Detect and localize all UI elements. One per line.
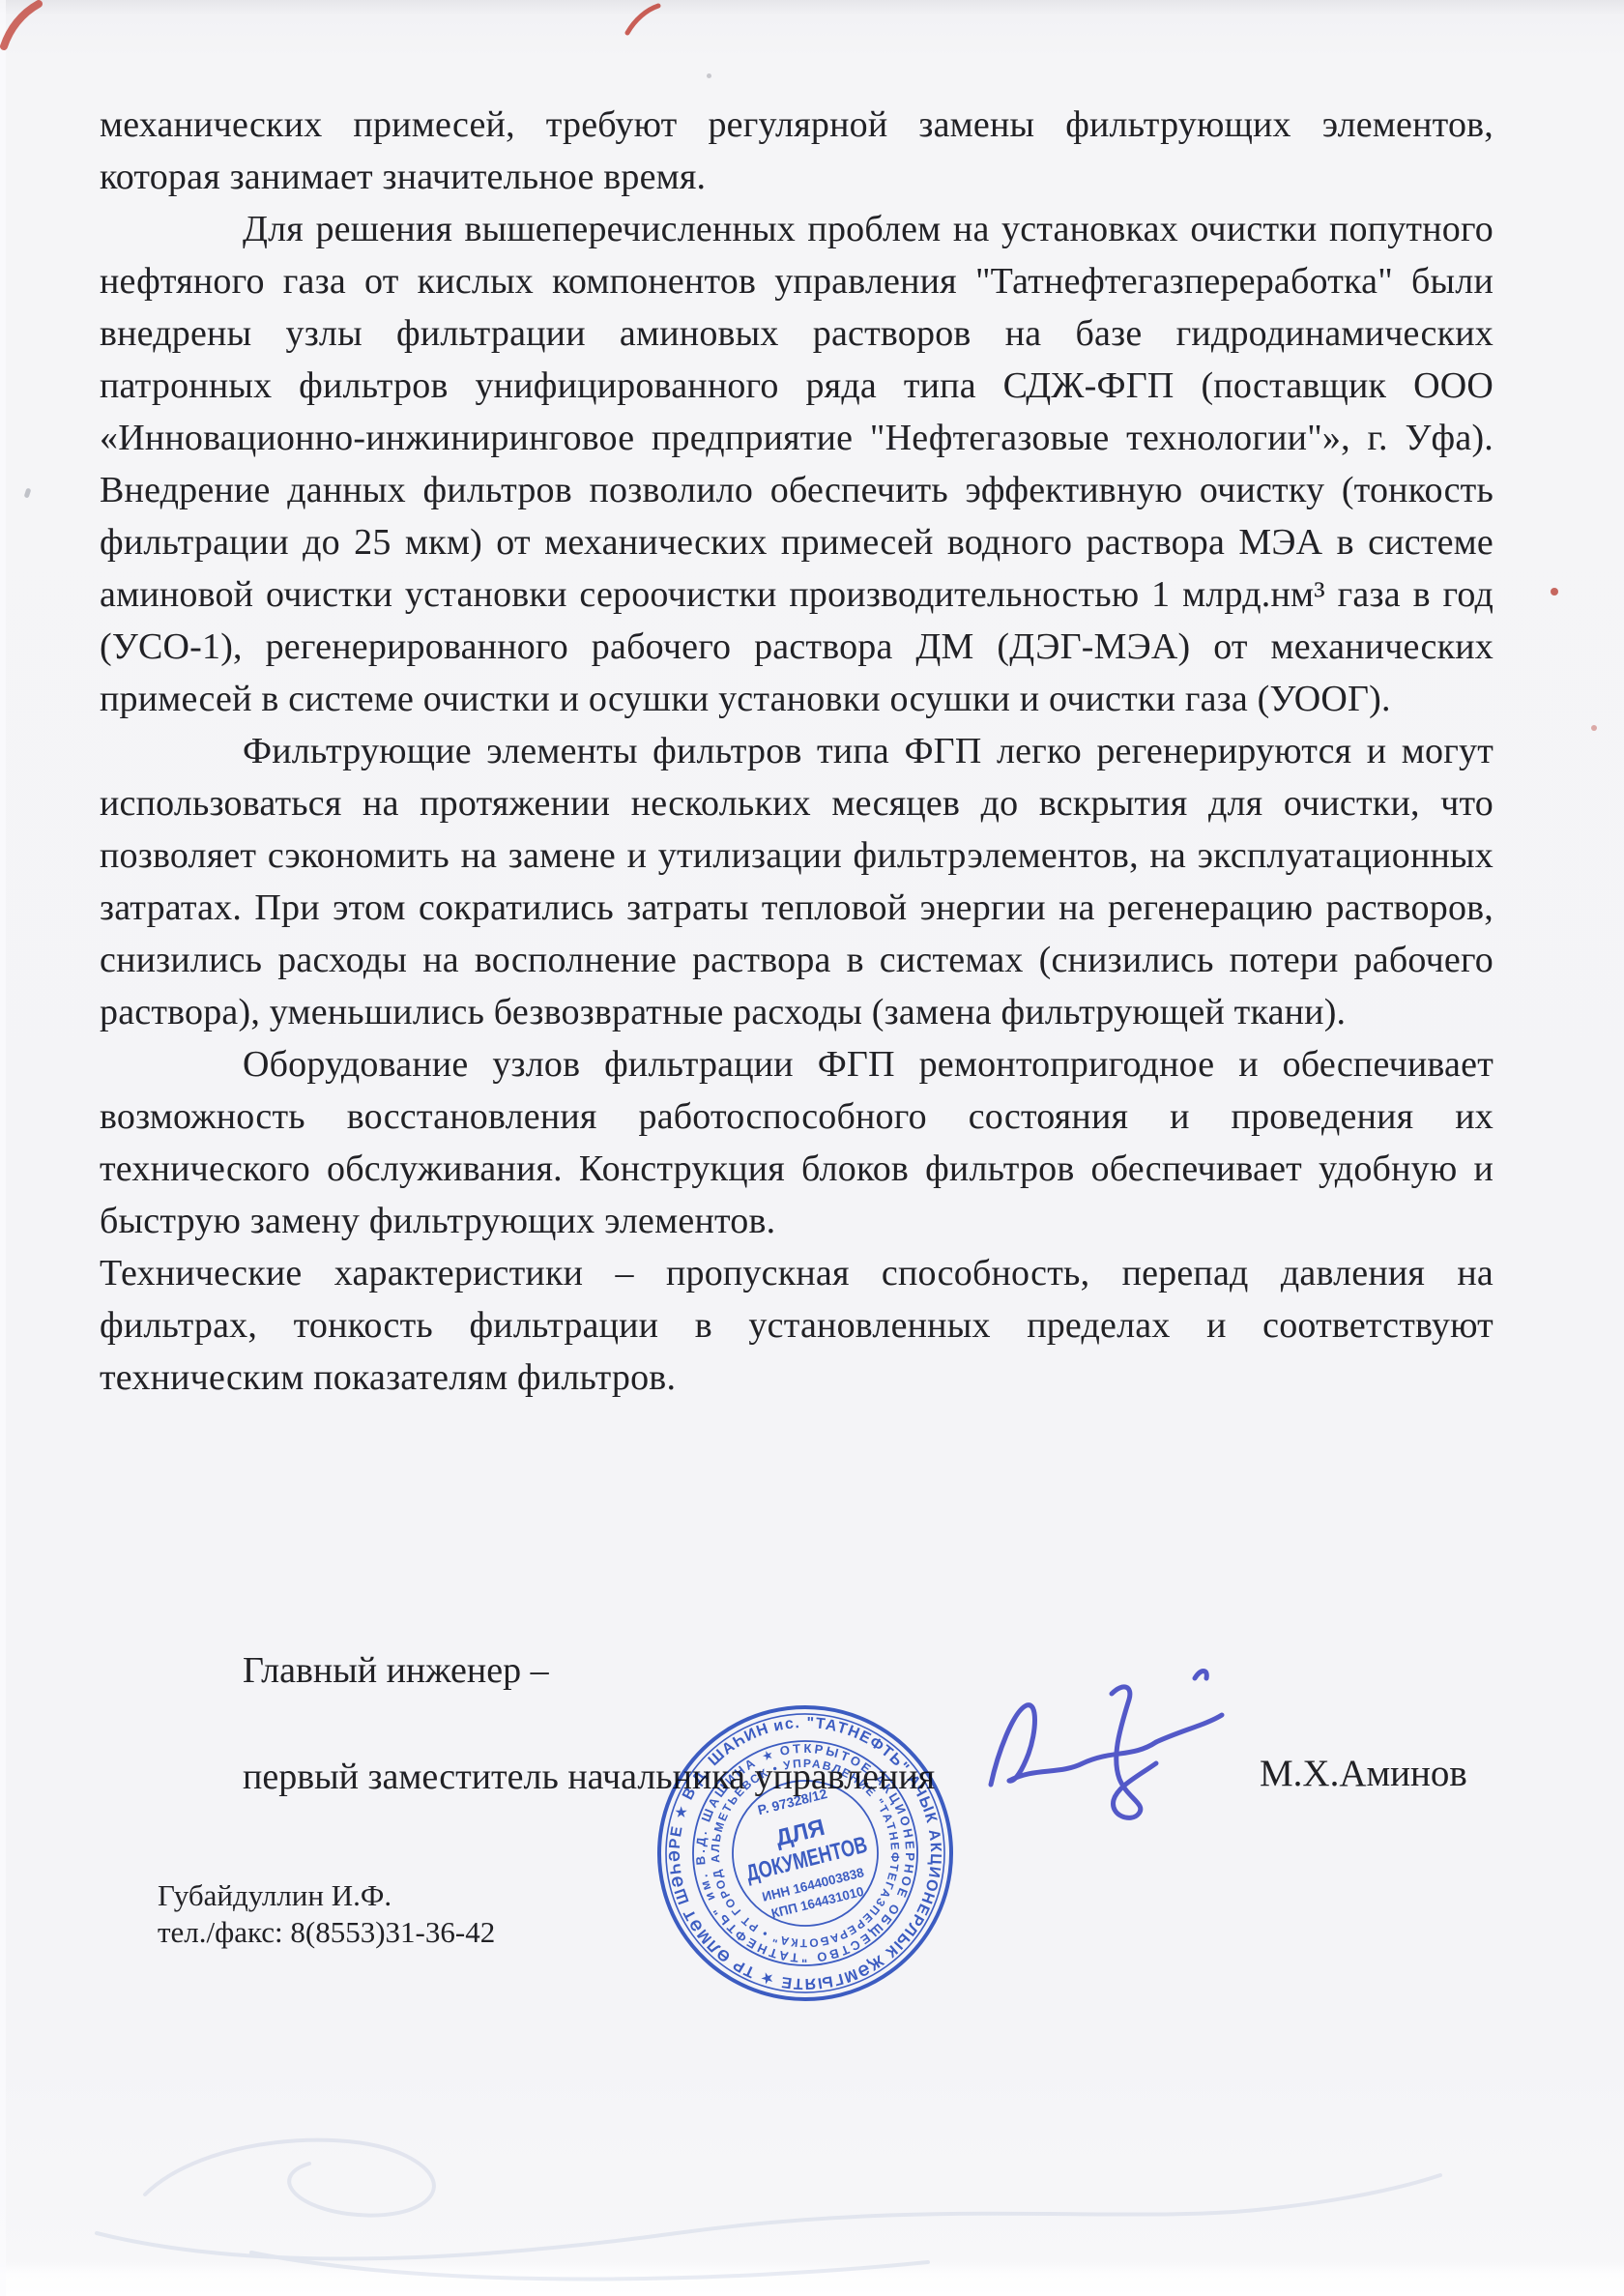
faint-pencil-scribble (58, 2117, 1566, 2291)
body-paragraph-4: Оборудование узлов фильтрации ФГП ремонт… (100, 1038, 1493, 1247)
contact-name: Губайдуллин И.Ф. (158, 1877, 495, 1914)
contact-block: Губайдуллин И.Ф. тел./факс: 8(8553)31-36… (158, 1877, 495, 1951)
body-paragraph-5: Технические характеристики – пропускная … (100, 1247, 1493, 1404)
signoff-position-line1: Главный инженер – (243, 1649, 549, 1692)
body-paragraph-2: Для решения вышеперечисленных проблем на… (100, 203, 1493, 725)
red-ink-speck (1551, 588, 1558, 596)
body-paragraph-1: механических примесей, требуют регулярно… (100, 99, 1493, 203)
red-ink-speck-faint (1591, 725, 1597, 731)
letter-body: механических примесей, требуют регулярно… (100, 99, 1493, 1404)
grey-speck (24, 487, 32, 498)
scanned-letter-page: механических примесей, требуют регулярно… (0, 0, 1624, 2296)
body-paragraph-3: Фильтрующие элементы фильтров типа ФГП л… (100, 725, 1493, 1038)
signer-name: М.Х.Аминов (1260, 1752, 1467, 1795)
round-stamp: ис. "ТАТНЕФТЬ" АЧЫК АКЦИОНЕРЛЫК ҖӘМГЫЯТЕ… (641, 1689, 970, 2018)
grey-speck (707, 73, 711, 78)
handwritten-signature (967, 1661, 1276, 1830)
scan-edge-strip (0, 0, 6, 2296)
red-pen-corner-mark (0, 0, 46, 54)
red-pen-curl-mark (623, 2, 664, 39)
stamp-registry-number: Р. 97328/12 (756, 1786, 828, 1817)
contact-phone: тел./факс: 8(8553)31-36-42 (158, 1914, 495, 1951)
